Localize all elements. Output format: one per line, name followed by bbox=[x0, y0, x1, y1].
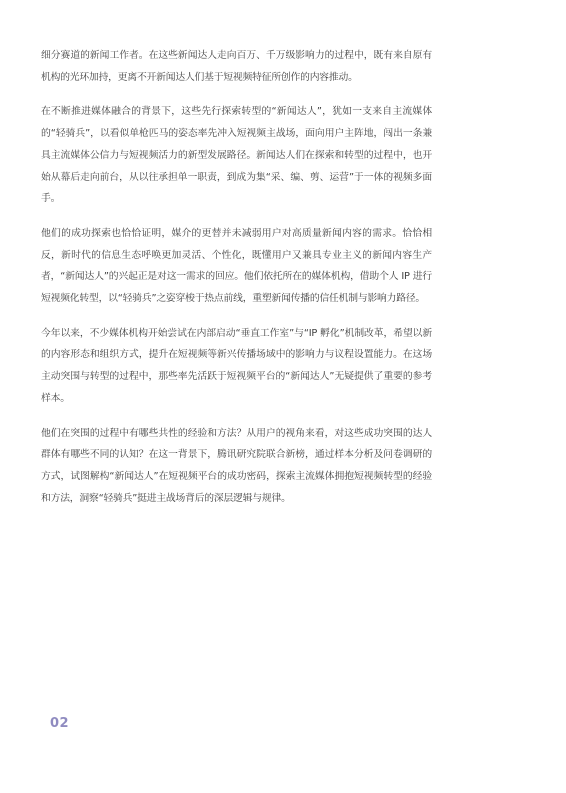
document-page: 细分赛道的新闻工作者。在这些新闻达人走向百万、千万级影响力的过程中，既有来自原有… bbox=[0, 0, 566, 793]
paragraph: 他们在突围的过程中有哪些共性的经验和方法？从用户的视角来看，对这些成功突围的达人… bbox=[41, 423, 432, 510]
paragraph: 在不断推进媒体融合的背景下，这些先行探索转型的“新闻达人”，犹如一支来自主流媒体… bbox=[41, 101, 432, 210]
paragraph: 他们的成功探索也恰恰证明，媒介的更替并未减弱用户对高质量新闻内容的需求。恰恰相反… bbox=[41, 223, 432, 310]
paragraph: 今年以来，不少媒体机构开始尝试在内部启动“垂直工作室”与“IP 孵化”机制改革，… bbox=[41, 323, 432, 410]
paragraph: 细分赛道的新闻工作者。在这些新闻达人走向百万、千万级影响力的过程中，既有来自原有… bbox=[41, 45, 432, 88]
body-text: 细分赛道的新闻工作者。在这些新闻达人走向百万、千万级影响力的过程中，既有来自原有… bbox=[41, 45, 432, 522]
page-number: 02 bbox=[50, 716, 69, 731]
